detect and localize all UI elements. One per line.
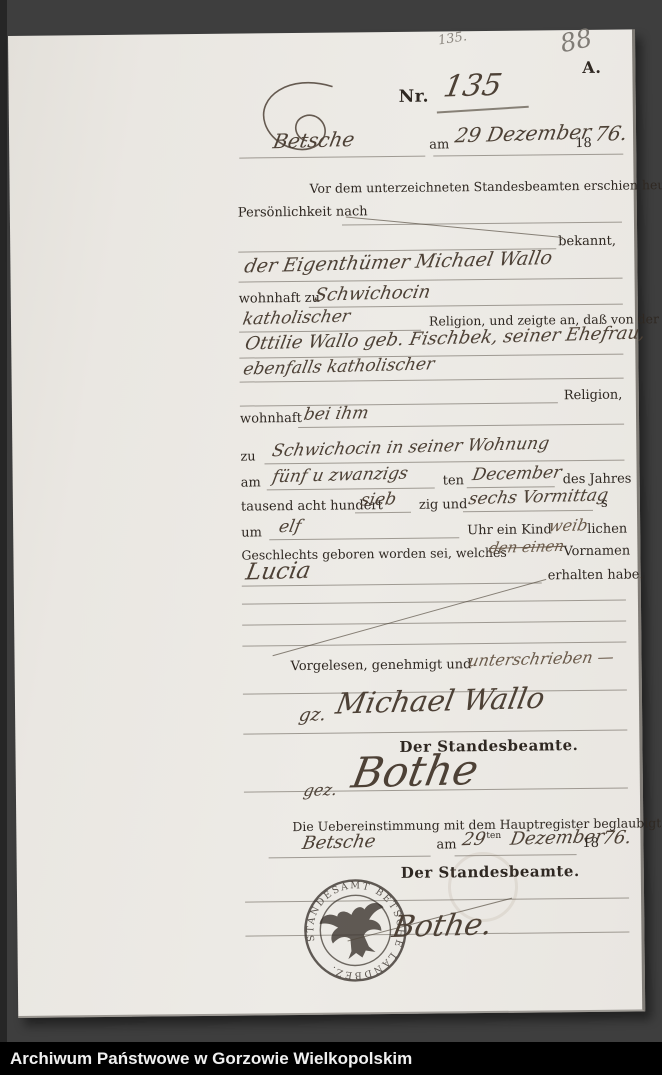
pen-underline — [437, 106, 529, 114]
ruled-line — [298, 424, 624, 428]
form-label-year-18: 18 — [575, 136, 592, 151]
ruled-line — [433, 154, 623, 157]
page-edge-shadow — [0, 0, 7, 1075]
entry-year: 76. — [593, 121, 629, 146]
entry-unterschrieben: unterschrieben — — [467, 647, 616, 670]
entry-day-month: 29 Dezember — [453, 120, 593, 148]
form-label-vornamen: Vornamen — [563, 544, 630, 560]
entry-religion-declarant: katholischer — [241, 307, 352, 330]
ruled-line — [355, 512, 411, 514]
entry-record-number: 135 — [441, 68, 505, 105]
entry-child-name: Lucia — [244, 558, 313, 586]
pencil-number-left: 135. — [437, 29, 468, 48]
pencil-number-right: 88 — [557, 23, 594, 58]
form-label-wohnhaft-zu: wohnhaft zu — [239, 291, 320, 307]
ruled-line — [342, 222, 622, 226]
pen-stroke — [346, 216, 563, 238]
entry-birth-place: Schwichocin in seiner Wohnung — [270, 434, 551, 462]
form-label-erhalten-habe: erhalten habe. — [548, 567, 644, 583]
form-label-nr: Nr. — [399, 87, 430, 107]
ruled-line — [242, 600, 626, 605]
document-page: 135. 88 A. Nr. 135 Betsche am 29 Dezembe… — [8, 29, 645, 1018]
form-label-lichen: lichen — [587, 522, 627, 537]
form-label-uhr-ein-kind: Uhr ein Kind — [467, 522, 552, 538]
entry-birth-day: fünf u zwanzigs — [271, 463, 410, 487]
entry-time: sechs Vormittag — [467, 485, 610, 509]
entry-den-einen: den einen — [487, 537, 565, 557]
ruled-line — [242, 642, 626, 647]
signature-declarant: Michael Wallo — [333, 681, 547, 721]
archive-scan-viewer: 135. 88 A. Nr. 135 Betsche am 29 Dezembe… — [0, 0, 662, 1075]
ruled-line — [240, 378, 624, 383]
archive-caption-text: Archiwum Państwowe w Gorzowie Wielkopols… — [10, 1042, 412, 1075]
form-label-um: um — [241, 525, 262, 540]
ruled-line — [242, 621, 626, 626]
entry-certify-place: Betsche — [301, 831, 378, 854]
signature-gz-prefix: gz. — [297, 704, 328, 726]
form-label-bekannt: bekannt, — [558, 234, 616, 250]
entry-religion-mother: ebenfalls katholischer — [242, 354, 436, 379]
form-label-am2: am — [241, 475, 261, 490]
form-intro-line: Vor dem unterzeichneten Standesbeamten e… — [310, 177, 662, 196]
ruled-line — [240, 402, 558, 406]
form-label-ten: ten — [443, 473, 464, 488]
form-label-persoenlichkeit: Persönlichkeit nach — [238, 204, 368, 220]
entry-place: Betsche — [271, 127, 356, 153]
entry-hour: elf — [277, 517, 303, 538]
ruled-line — [243, 730, 627, 735]
entry-gender: weib — [547, 515, 589, 535]
form-label-am: am — [429, 137, 449, 152]
form-label-certify-ten: ten — [486, 831, 501, 841]
entry-wohnhaft: bei ihm — [302, 403, 370, 425]
entry-certify-year: 76. — [601, 827, 634, 849]
form-label-zig-und: zig und — [419, 497, 468, 513]
form-label-certify-am: am — [436, 837, 456, 852]
ruled-line — [269, 856, 431, 859]
ruled-line — [264, 460, 624, 465]
form-label-certify-year-18: 18 — [582, 836, 599, 851]
form-label-vorgelesen: Vorgelesen, genehmigt und — [291, 657, 472, 674]
form-label-wohnhaft: wohnhaft — [240, 411, 302, 427]
form-label-religion: Religion, — [564, 388, 623, 404]
form-label-s-suffix: s — [601, 496, 608, 511]
entry-birth-month: December — [471, 463, 563, 486]
entry-certify-day: 29 — [461, 829, 488, 851]
form-corner-letter: A. — [582, 58, 601, 77]
ruled-line — [463, 510, 593, 512]
archive-caption-bar: Archiwum Państwowe w Gorzowie Wielkopols… — [0, 1042, 662, 1075]
ruled-line — [267, 488, 435, 491]
ghost-stamp-stain — [448, 852, 518, 922]
prussian-eagle-icon — [318, 901, 394, 966]
entry-residence: Schwichocin — [313, 282, 432, 306]
ruled-line — [269, 537, 459, 540]
form-label-zu: zu — [240, 449, 255, 464]
entry-decade: sieb — [359, 489, 398, 510]
